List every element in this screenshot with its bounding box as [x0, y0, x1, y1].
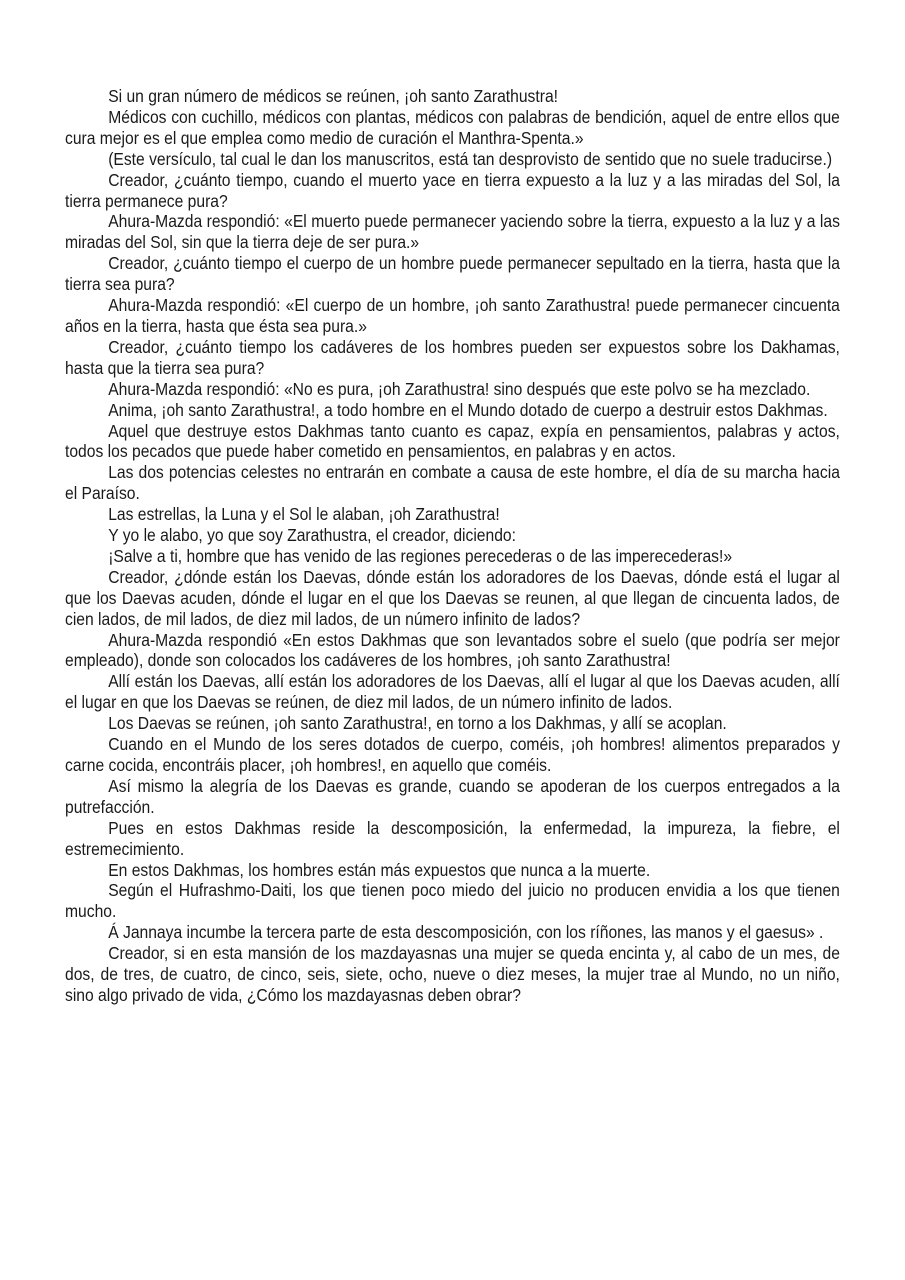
paragraph: Creador, ¿dónde están los Daevas, dónde … [65, 567, 840, 630]
paragraph: Creador, si en esta mansión de los mazda… [65, 943, 840, 1006]
paragraph: Ahura-Mazda respondió «En estos Dakhmas … [65, 630, 840, 672]
paragraph: Y yo le alabo, yo que soy Zarathustra, e… [65, 525, 840, 546]
paragraph: Allí están los Daevas, allí están los ad… [65, 671, 840, 713]
paragraph: Las estrellas, la Luna y el Sol le alaba… [65, 504, 840, 525]
paragraph: Según el Hufrashmo-Daiti, los que tienen… [65, 880, 840, 922]
paragraph: Médicos con cuchillo, médicos con planta… [65, 107, 840, 149]
paragraph: Creador, ¿cuánto tiempo el cuerpo de un … [65, 253, 840, 295]
paragraph: Ahura-Mazda respondió: «No es pura, ¡oh … [65, 379, 840, 400]
paragraph: ¡Salve a ti, hombre que has venido de la… [65, 546, 840, 567]
paragraph: Pues en estos Dakhmas reside la descompo… [65, 818, 840, 860]
paragraph: Si un gran número de médicos se reúnen, … [65, 86, 840, 107]
paragraph: (Este versículo, tal cual le dan los man… [65, 149, 840, 170]
paragraph: Anima, ¡oh santo Zarathustra!, a todo ho… [65, 400, 840, 421]
document-page: Si un gran número de médicos se reúnen, … [65, 86, 840, 1006]
paragraph: En estos Dakhmas, los hombres están más … [65, 860, 840, 881]
paragraph: Ahura-Mazda respondió: «El cuerpo de un … [65, 295, 840, 337]
paragraph: Creador, ¿cuánto tiempo los cadáveres de… [65, 337, 840, 379]
paragraph: Los Daevas se reúnen, ¡oh santo Zarathus… [65, 713, 840, 734]
paragraph: Las dos potencias celestes no entrarán e… [65, 462, 840, 504]
paragraph: Así mismo la alegría de los Daevas es gr… [65, 776, 840, 818]
paragraph: Á Jannaya incumbe la tercera parte de es… [65, 922, 840, 943]
paragraph: Cuando en el Mundo de los seres dotados … [65, 734, 840, 776]
paragraph: Creador, ¿cuánto tiempo, cuando el muert… [65, 170, 840, 212]
paragraph: Ahura-Mazda respondió: «El muerto puede … [65, 211, 840, 253]
paragraph: Aquel que destruye estos Dakhmas tanto c… [65, 421, 840, 463]
